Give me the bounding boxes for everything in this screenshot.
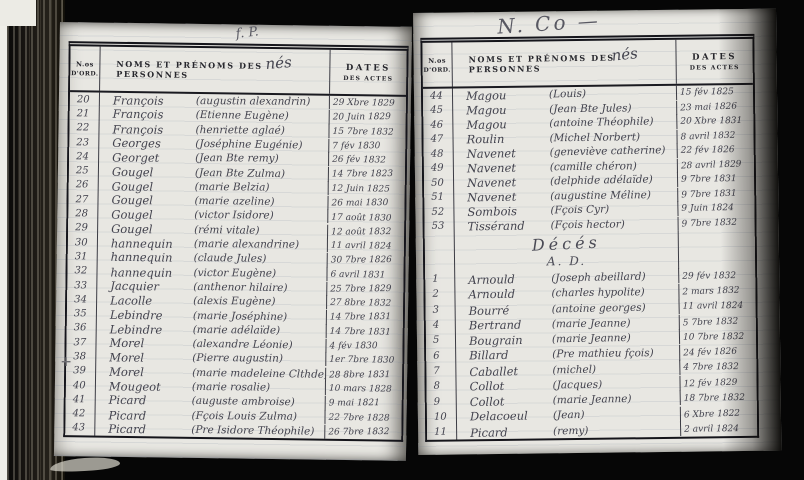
row-given-names: (Louis) [549,88,586,101]
row-surname: Gougel [112,179,188,194]
row-act-date: 28 8bre 1831 [326,368,402,383]
row-surname: Bourré [469,302,545,317]
row-act-date: 22 fév 1826 [678,143,754,158]
header-dates-line1: DATES [346,62,391,73]
row-number: 1 [425,272,455,288]
row-number: 42 [65,407,95,422]
row-given-names: (antoine georges) [552,301,646,315]
row-act-date: 9 Juin 1824 [678,201,754,216]
header-dates-column: DATES des actes [676,39,753,84]
header-number-line2: d'ord. [71,70,98,77]
row-surname: Gougel [111,193,187,208]
row-surname: Magou [466,117,542,132]
row-surname: Arnould [468,286,544,301]
row-surname: Picard [470,424,546,439]
row-act-date: 9 7bre 1832 [678,215,754,232]
row-number: 36 [67,321,97,336]
births-rows-right: 44 Magou (Louis) 15 fév 1825 45 Magou (J… [423,85,755,234]
deaths-rows-right: 1 Arnould (Joseph abeillard) 29 fév 1832… [425,268,757,440]
row-given-names: (michel) [552,363,596,376]
row-given-names: (victor Eugène) [193,267,276,280]
row-given-names: (marie adélaïde) [193,324,281,337]
row-act-date: 14 7bre 1823 [329,168,405,183]
row-given-names: (augustine Méline) [550,189,651,202]
row-given-names: (marie Jeanne) [553,393,632,407]
births-rows-left: 20 François (augustin alexandrin) 29 Xbr… [65,92,406,440]
row-number: 46 [423,118,453,133]
row-number: 40 [66,378,96,393]
row-surname: Collot [469,378,545,393]
pencil-plus-mark: + [61,352,71,372]
row-act-date: 22 7bre 1828 [325,410,401,425]
row-surname: François [112,122,188,137]
row-given-names: (Pre Isidore Théophile) [191,424,314,438]
row-surname: Bougrain [469,332,545,347]
row-name: Mougeot (marie rosalie) [96,379,326,395]
row-name: Gougel (victor Isidore) [98,208,328,224]
deaths-section-subtitle: A. D. [547,254,586,268]
row-number: 29 [68,221,98,236]
row-number: 43 [65,421,95,436]
row-surname: Picard [108,408,184,423]
deaths-section-title: Décés [531,233,601,255]
row-surname: Georges [112,136,188,151]
row-surname: Gougel [111,222,187,237]
births-deaths-table-right: N.os d'ord. NOMS ET PRÉNOMS DES PERSONNE… [420,34,759,442]
row-given-names: (claude Jules) [194,252,267,265]
row-number: 28 [68,207,98,222]
row-given-names: (anthenor hilaire) [193,281,287,294]
row-act-date: 28 avril 1829 [678,157,754,174]
row-act-date: 29 Xbre 1829 [330,96,406,111]
row-name: hannequin (victor Eugène) [97,265,327,281]
page-annotation-right: N. Co — [496,8,601,39]
row-surname: Caballet [469,363,545,378]
row-act-date: 26 mai 1830 [328,196,404,211]
row-name: Morel (Pierre augustin) [96,351,326,367]
row-surname: Mougeot [109,380,185,395]
register-page-right: N. Co — N.os d'ord. NOMS ET PRÉNOMS DES … [413,9,781,455]
header-number-line1: N.os [428,56,446,64]
row-number: 47 [423,132,453,147]
row-number: 45 [423,103,453,118]
row-given-names: (Joseph abeillard) [551,270,646,284]
row-given-names: (augustin alexandrin) [196,95,310,108]
row-name: François (augustin alexandrin) [100,93,330,109]
row-surname: Lebindre [110,307,186,322]
row-name: hannequin (marie alexandrine) [98,236,328,252]
row-given-names: (Michel Norbert) [549,131,640,144]
table-header: N.os d'ord. NOMS ET PRÉNOMS DES PERSONNE… [70,46,407,97]
header-number-line2: d'ord. [423,66,450,73]
row-act-date: 27 8bre 1832 [327,296,403,311]
row-surname: Picard [109,393,185,408]
row-act-date: 26 fév 1832 [329,153,405,168]
film-edge-strip [0,0,7,480]
row-surname: Navenet [467,146,543,161]
row-given-names: (alexandre Léonie) [192,338,292,351]
table-header: N.os d'ord. NOMS ET PRÉNOMS DES PERSONNE… [422,39,753,89]
row-surname: Navenet [467,160,543,175]
row-act-date: 20 Juin 1829 [330,110,406,125]
row-surname: François [113,107,189,122]
row-given-names: (Jacques) [552,378,602,391]
row-act-date: 10 mars 1828 [326,382,402,397]
header-names-label: NOMS ET PRÉNOMS DES PERSONNES [469,52,676,75]
row-name: Picard (remy) [457,421,681,441]
row-number: 35 [67,307,97,322]
row-number: 10 [427,409,457,425]
row-number: 26 [69,178,99,193]
row-given-names: (Jean Bte Jules) [549,102,632,115]
row-act-date: 23 mai 1826 [677,99,753,116]
page-annotation-left: f. P. [235,24,259,41]
births-table-left: N.os d'ord. NOMS ET PRÉNOMS DES PERSONNE… [63,41,408,442]
row-given-names: (victor Isidore) [194,210,274,223]
row-number: 6 [426,348,456,364]
row-given-names: (Pierre augustin) [192,352,283,365]
row-act-date: 6 avril 1831 [327,267,403,282]
header-names-column: NOMS ET PRÉNOMS DES PERSONNES nés [452,40,677,87]
header-names-column: NOMS ET PRÉNOMS DES PERSONNES nés [100,47,331,94]
row-given-names: (marie Joséphine) [193,309,287,322]
row-given-names: (Jean Bte remy) [195,152,279,165]
row-surname: hannequin [110,265,186,280]
row-act-date: 7 fév 1830 [329,139,405,154]
row-surname: Billard [469,348,545,363]
row-name: François (henriette aglaé) [99,122,329,138]
row-number: 25 [69,164,99,179]
row-act-date: 26 7bre 1832 [325,425,401,440]
row-surname: Lacolle [110,294,186,309]
row-surname: Roulin [466,131,542,146]
row-number: 2 [425,287,455,303]
row-given-names: (marie madeleine Clthde) [192,367,326,381]
film-edge-corner [0,0,36,26]
row-number: 51 [424,190,454,205]
row-given-names: (alexis Eugène) [193,295,275,308]
deaths-section-header: Décés A. D. [425,230,755,272]
row-act-date: 14 7bre 1831 [327,310,403,325]
row-surname: Gougel [111,208,187,223]
row-given-names: (Fçois Louis Zulma) [191,410,297,423]
row-name: Lacolle (alexis Eugène) [97,294,327,310]
row-surname: Bertrand [469,317,545,332]
row-given-names: (marie Jeanne) [552,332,631,346]
row-given-names: (delphide adélaïde) [550,174,653,188]
row-number: 24 [69,149,99,164]
row-act-date: 2 avril 1824 [681,421,757,437]
row-surname: Morel [109,351,185,366]
row-number: 11 [427,424,457,440]
row-given-names: (marie rosalie) [192,381,270,394]
row-act-date: 15 7bre 1832 [329,124,405,139]
row-given-names: (Jean Bte Zulma) [195,167,285,180]
header-names-label: NOMS ET PRÉNOMS DES PERSONNES [116,59,329,82]
row-number: 41 [66,392,96,407]
row-act-date: 18 7bre 1832 [681,390,757,406]
header-dates-column: DATES des actes [330,50,407,95]
section-number-spacer [425,234,455,272]
row-given-names: (Jean) [553,409,585,421]
row-given-names: (Fçois Cyr) [550,204,609,217]
row-number: 49 [424,161,454,176]
row-surname: Magou [466,88,542,103]
row-given-names: (Joséphine Eugénie) [195,138,302,151]
row-act-date: 12 Juin 1825 [329,182,405,197]
row-given-names: (marie Jeanne) [552,317,631,330]
row-number: 30 [68,235,98,250]
row-given-names: (auguste ambroise) [192,395,295,408]
header-dates-line2: des actes [343,74,393,82]
row-number: 22 [69,121,99,136]
row-number: 33 [67,278,97,293]
header-dates-line2: des actes [690,64,740,72]
row-act-date: 4 fév 1830 [326,339,402,354]
row-act-date: 1er 7bre 1830 [326,353,402,368]
row-number: 44 [423,89,453,104]
row-given-names: (remy) [553,424,589,437]
row-act-date: 20 Xbre 1831 [677,114,753,129]
row-act-date: 12 fév 1829 [680,374,756,392]
row-name: Gougel (marie Belzia) [99,179,329,195]
row-given-names: (camille chéron) [550,160,637,173]
row-number: 23 [69,135,99,150]
row-number: 50 [424,176,454,191]
row-surname: Morel [109,365,185,380]
row-number: 31 [68,249,98,264]
row-given-names: (antoine Théophile) [549,116,653,130]
row-surname: Picard [108,422,184,437]
register-page-left: f. P. N.os d'ord. NOMS ET PRÉNOMS DES PE… [54,22,412,461]
row-act-date: 17 août 1830 [328,210,404,225]
section-title-cell: Décés A. D. [455,231,679,272]
row-surname: Navenet [467,175,543,190]
row-act-date: 5 7bre 1832 [680,313,756,331]
row-given-names: (marie alexandrine) [194,238,299,251]
row-given-names: (geneviève catherine) [550,144,666,158]
row-act-date: 15 fév 1825 [677,85,753,100]
row-given-names: (Etienne Eugène) [196,109,289,122]
row-number: 37 [66,335,96,350]
header-number-column: N.os d'ord. [422,43,453,87]
row-number: 5 [426,333,456,349]
row-act-date: 9 7bre 1831 [678,172,754,187]
row-name: Lebindre (marie adélaïde) [97,322,327,338]
row-surname: Morel [109,336,185,351]
row-number: 9 [427,394,457,410]
row-surname: Georget [112,151,188,166]
row-surname: hannequin [111,237,187,252]
row-act-date: 9 mai 1821 [326,396,402,411]
row-act-date: 12 août 1832 [328,225,404,240]
row-surname: hannequin [111,250,187,265]
handwritten-nes-annotation: nés [265,53,292,73]
row-surname: Jacquier [110,279,186,294]
row-number: 34 [67,292,97,307]
row-given-names: (marie Belzia) [195,181,270,194]
scanned-register-spread: f. P. N.os d'ord. NOMS ET PRÉNOMS DES PE… [0,0,804,480]
row-name: Picard (Fçois Louis Zulma) [95,408,325,424]
row-given-names: (rémi vitale) [194,224,260,237]
row-surname: Sombois [467,204,543,219]
header-number-column: N.os d'ord. [70,46,101,90]
row-number: 7 [426,363,456,379]
row-surname: Magou [466,102,542,117]
row-act-date: 9 7bre 1831 [678,186,754,203]
row-given-names: (Pre mathieu fçois) [552,347,654,360]
row-number: 32 [67,264,97,279]
row-surname: Collot [470,394,546,409]
row-number: 48 [424,147,454,162]
row-name: Georget (Jean Bte remy) [99,151,329,167]
row-act-date: 30 7bre 1826 [328,253,404,268]
row-given-names: (marie azeline) [194,195,274,208]
row-number: 4 [426,317,456,333]
handwritten-nes-annotation: nés [610,44,638,65]
row-number: 53 [425,219,455,234]
row-surname: François [113,94,189,109]
row-number: 20 [70,92,100,107]
row-surname: Delacoeul [470,409,546,424]
row-act-date: 14 7bre 1831 [327,325,403,340]
row-act-date: 11 avril 1824 [680,298,756,314]
row-surname: Tissérand [468,218,544,233]
row-act-date: 2 mars 1832 [679,282,755,300]
section-date-spacer [679,230,755,269]
header-number-line1: N.os [76,60,94,68]
row-surname: Gougel [112,164,188,179]
header-dates-line1: DATES [692,52,737,63]
row-number: 8 [426,379,456,395]
row-number: 52 [424,205,454,220]
row-given-names: (henriette aglaé) [195,124,284,137]
row-number: 21 [70,106,100,121]
row-given-names: (charles hypolite) [551,286,644,299]
row-act-date: 8 avril 1832 [677,128,753,145]
row-act-date: 11 avril 1824 [328,239,404,254]
row-act-date: 25 7bre 1829 [327,282,403,297]
row-surname: Arnould [468,271,544,286]
row-given-names: (Fçois hector) [551,218,625,231]
row-number: 27 [68,192,98,207]
row-surname: Navenet [467,189,543,204]
row-number: 3 [426,302,456,318]
row-act-date: 6 Xbre 1822 [681,405,757,423]
row-act-date: 24 fév 1826 [680,344,756,362]
row-surname: Lebindre [110,322,186,337]
